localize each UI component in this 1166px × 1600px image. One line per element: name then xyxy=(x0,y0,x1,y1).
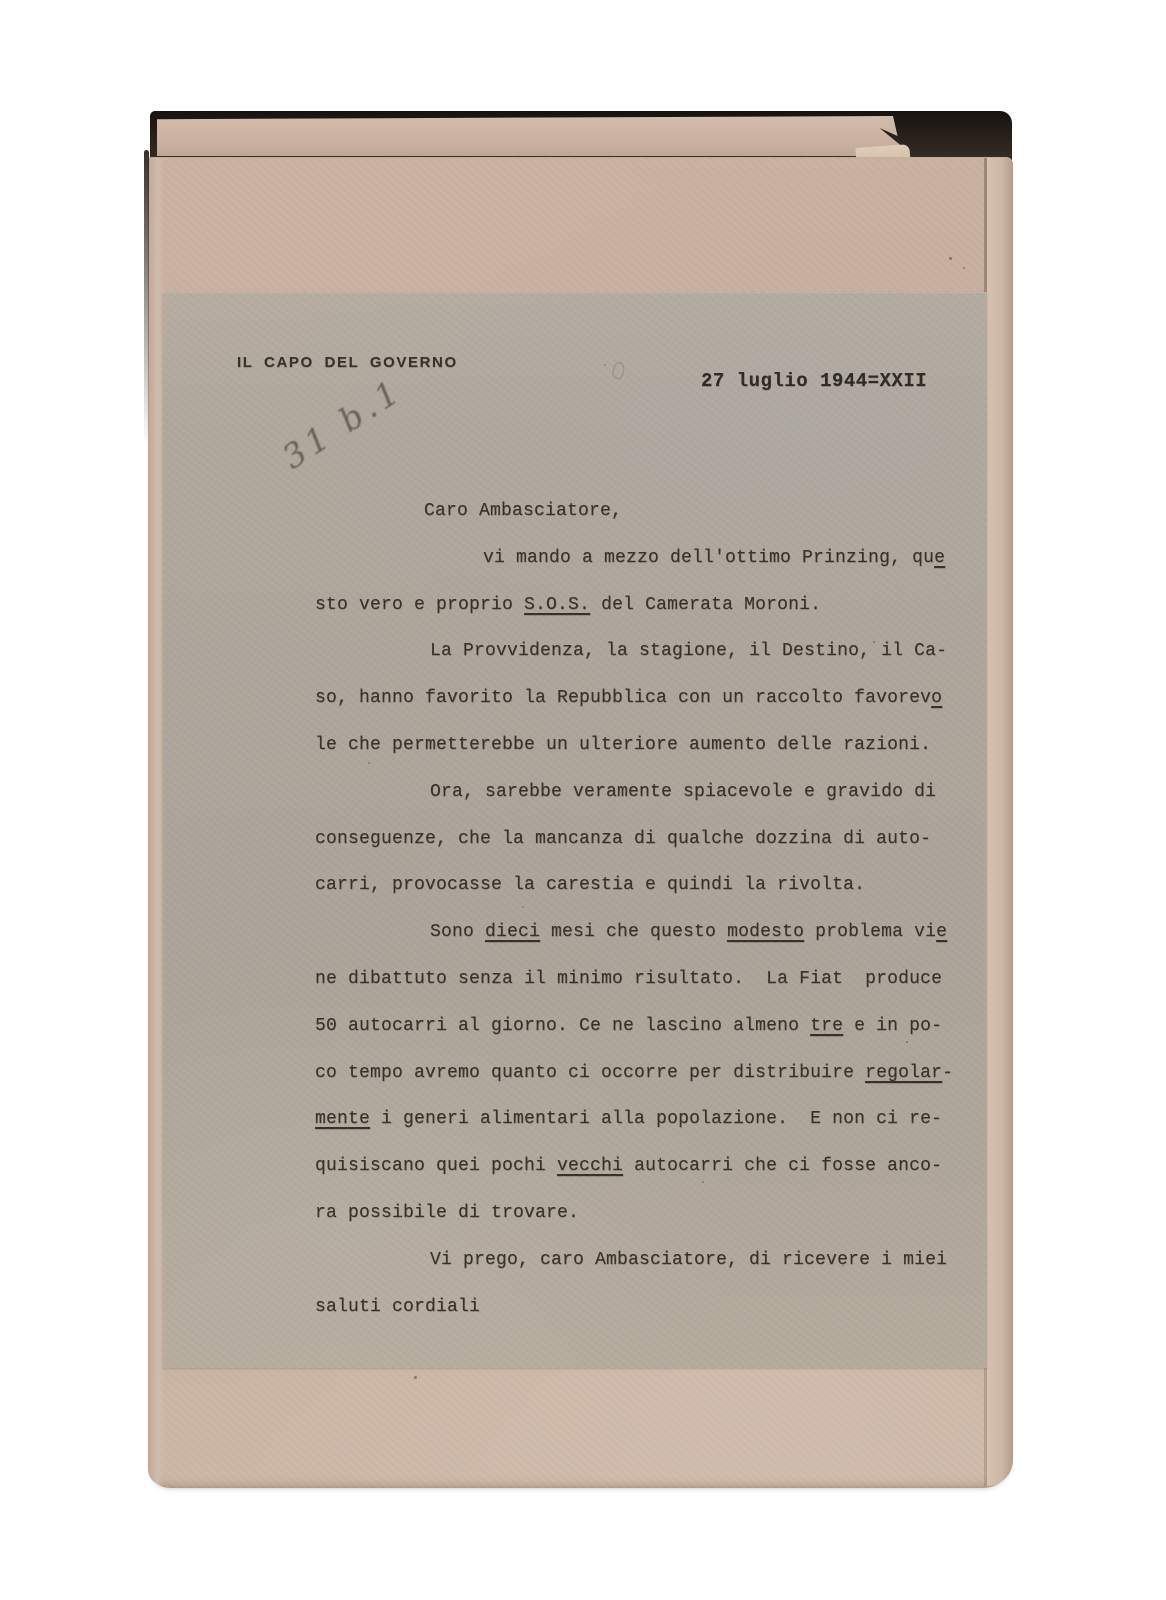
letter-line: carri, provocasse la carestia e quindi l… xyxy=(315,862,970,909)
letter-line: ne dibattuto senza il minimo risultato. … xyxy=(315,956,970,1003)
paper-speck xyxy=(414,1376,417,1379)
underlined-text: S.O.S. xyxy=(524,595,590,615)
typed-text: Ora, sarebbe veramente spiacevole e grav… xyxy=(430,782,936,802)
letter-line: La Provvidenza, la stagione, il Destino,… xyxy=(315,628,970,675)
letter-line: saluti cordiali xyxy=(315,1284,970,1331)
typed-text: conseguenze, che la mancanza di qualche … xyxy=(315,829,931,849)
underlined-text: e xyxy=(934,548,945,568)
typed-text: e in po- xyxy=(843,1016,942,1036)
photo-stage: IL CAPO DEL GOVERNO 27 luglio 1944=XXII … xyxy=(0,0,1166,1600)
underlined-text: o xyxy=(931,688,942,708)
letter-line: Vi prego, caro Ambasciatore, di ricevere… xyxy=(315,1237,970,1284)
letter-line: quisiscano quei pochi vecchi autocarri c… xyxy=(315,1143,970,1190)
paper-speck xyxy=(842,1265,844,1267)
underlined-text: e xyxy=(936,922,947,942)
letter-line: ra possibile di trovare. xyxy=(315,1190,970,1237)
paper-speck xyxy=(906,1041,908,1043)
letter-body: Caro Ambasciatore,vi mando a mezzo dell'… xyxy=(315,488,970,1330)
typed-text: co tempo avremo quanto ci occorre per di… xyxy=(315,1063,865,1083)
typed-text: carri, provocasse la carestia e quindi l… xyxy=(315,875,865,895)
typed-text: autocarri che ci fosse anco- xyxy=(623,1156,942,1176)
typed-text: Caro Ambasciatore, xyxy=(424,501,622,521)
typed-text: problema vi xyxy=(804,922,936,942)
letter-line: le che permetterebbe un ulteriore aument… xyxy=(315,722,970,769)
typed-text: vi mando a mezzo dell'ottimo Prinzing, q… xyxy=(483,548,934,568)
letter-line: so, hanno favorito la Repubblica con un … xyxy=(315,675,970,722)
paper-speck xyxy=(368,762,370,764)
date-line: 27 luglio 1944=XXII xyxy=(701,370,927,392)
faint-pencil-mark xyxy=(611,361,626,380)
paper-speck xyxy=(949,257,952,260)
letter-line: 50 autocarri al giorno. Ce ne lascino al… xyxy=(315,1003,970,1050)
letter-line: Sono dieci mesi che questo modesto probl… xyxy=(315,909,970,956)
underlined-text: vecchi xyxy=(557,1156,623,1176)
letter-sheet: IL CAPO DEL GOVERNO 27 luglio 1944=XXII … xyxy=(163,292,987,1368)
letter-line: Ora, sarebbe veramente spiacevole e grav… xyxy=(315,769,970,816)
cover-right-edge xyxy=(987,158,1013,1486)
underlined-text: dieci xyxy=(485,922,540,942)
paper-speck xyxy=(702,1181,704,1183)
pencil-annotation: 31 b.1 xyxy=(275,370,410,476)
letter-line: mente i generi alimentari alla popolazio… xyxy=(315,1096,970,1143)
letter-line: co tempo avremo quanto ci occorre per di… xyxy=(315,1050,970,1097)
underlined-text: tre xyxy=(810,1016,843,1036)
letter-line: conseguenze, che la mancanza di qualche … xyxy=(315,816,970,863)
typed-text: Sono xyxy=(430,922,485,942)
book-top-flap xyxy=(157,116,905,156)
typed-text: so, hanno favorito la Repubblica con un … xyxy=(315,688,931,708)
typed-text: del Camerata Moroni. xyxy=(590,595,821,615)
typed-text: La Provvidenza, la stagione, il Destino,… xyxy=(430,641,947,661)
typed-text: - xyxy=(942,1063,953,1083)
typed-text: ne dibattuto senza il minimo risultato. … xyxy=(315,969,942,989)
letter-line: Caro Ambasciatore, xyxy=(315,488,970,535)
typed-text: mesi che questo xyxy=(540,922,727,942)
paper-speck xyxy=(873,641,875,643)
paper-speck xyxy=(522,906,524,908)
spine-left-sliver xyxy=(144,150,149,445)
paper-speck xyxy=(963,267,965,269)
typed-text: i generi alimentari alla popolazione. E … xyxy=(370,1109,942,1129)
typed-text: le che permetterebbe un ulteriore aument… xyxy=(315,735,931,755)
underlined-text: modesto xyxy=(727,922,804,942)
typed-text: sto vero e proprio xyxy=(315,595,524,615)
typed-text: ra possibile di trovare. xyxy=(315,1203,579,1223)
letter-line: sto vero e proprio S.O.S. del Camerata M… xyxy=(315,582,970,629)
typed-text: saluti cordiali xyxy=(315,1297,480,1317)
underlined-text: regolar xyxy=(865,1063,942,1083)
typed-text: Vi prego, caro Ambasciatore, di ricevere… xyxy=(430,1250,947,1270)
letter-line: vi mando a mezzo dell'ottimo Prinzing, q… xyxy=(315,535,970,582)
underlined-text: mente xyxy=(315,1109,370,1129)
paper-speck xyxy=(604,364,606,366)
typed-text: quisiscano quei pochi xyxy=(315,1156,557,1176)
letterhead: IL CAPO DEL GOVERNO xyxy=(237,355,458,372)
typed-text: 50 autocarri al giorno. Ce ne lascino al… xyxy=(315,1016,810,1036)
